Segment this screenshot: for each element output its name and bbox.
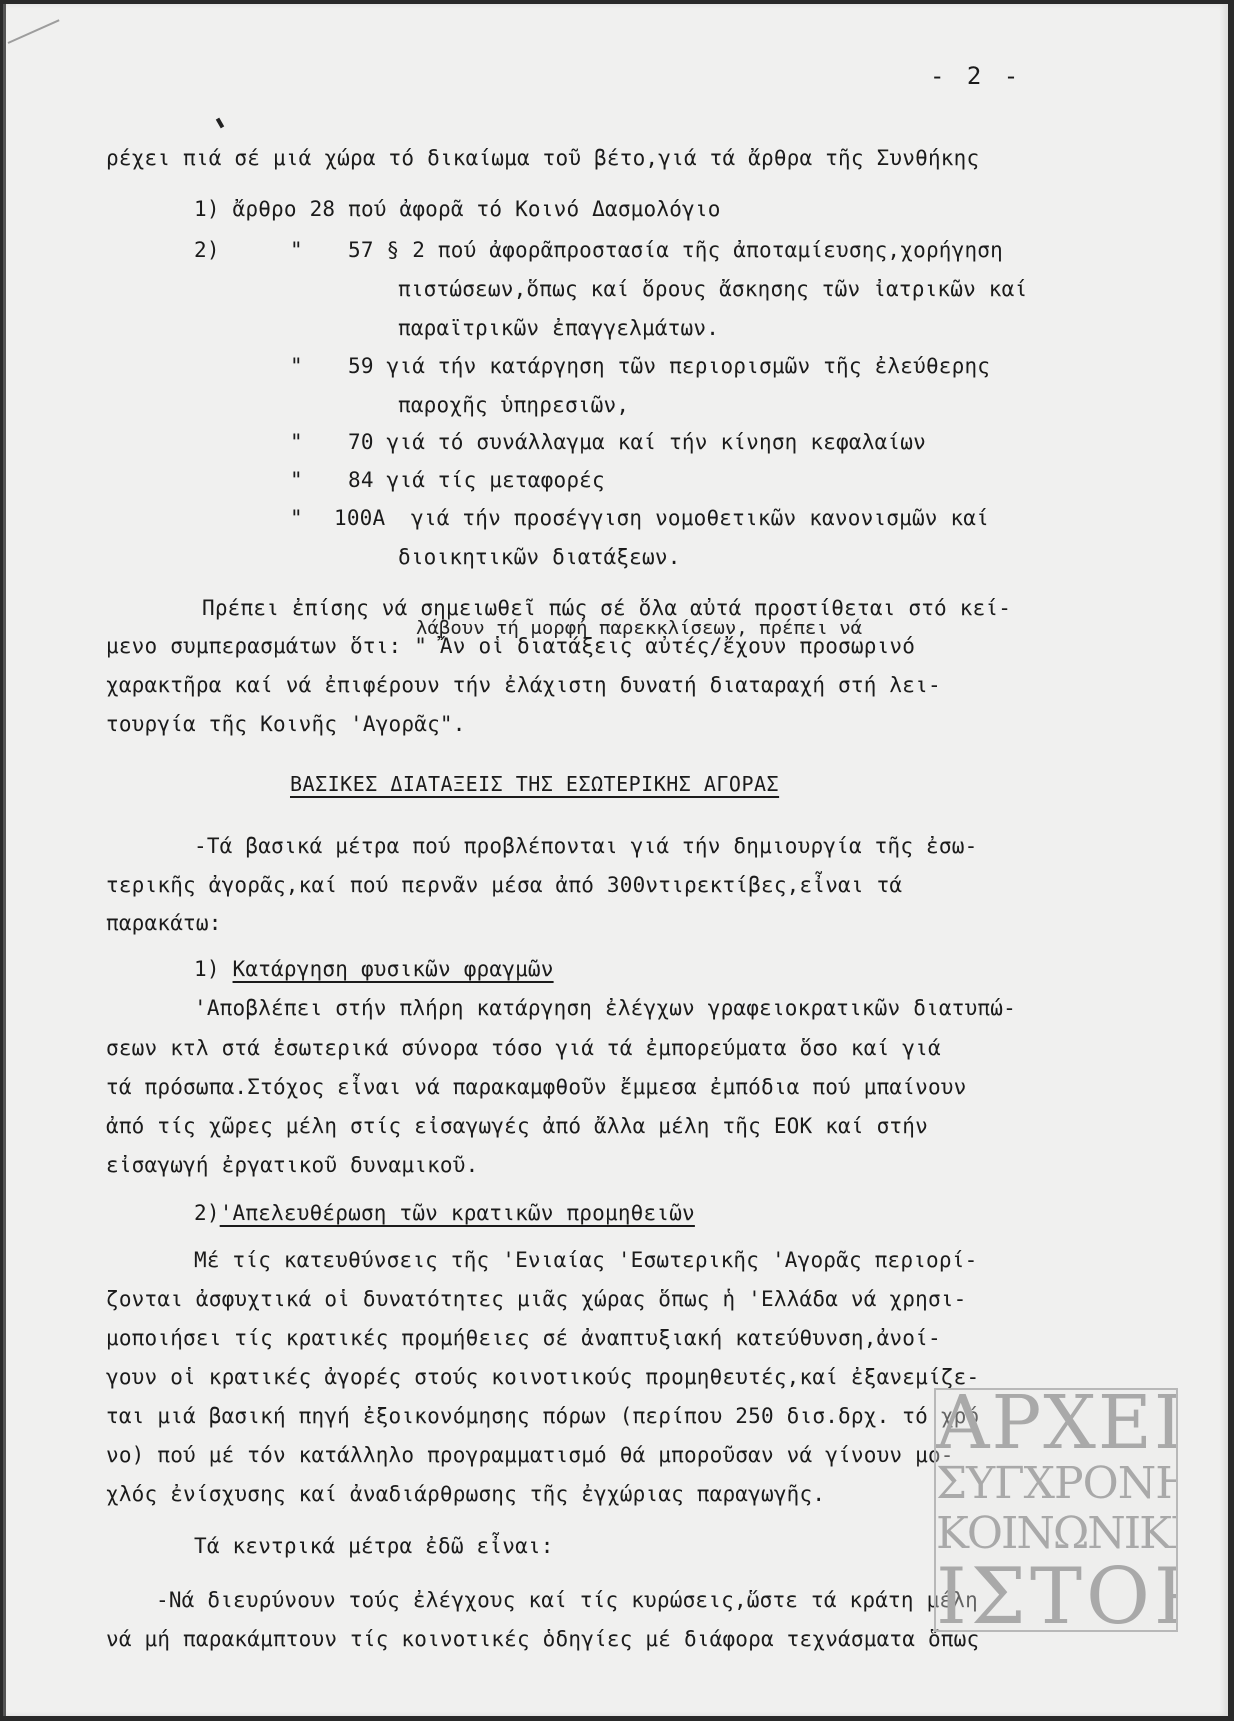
scan-scratch-mark [8,19,60,44]
document-page: - 2 - ρέχει πιά σέ μιά χώρα τό δικαίωμα … [3,4,1228,1716]
list-item-2: 57 § 2 πού ἀφορᾶπροστασία τῆς ἀποταμίευσ… [348,238,1003,262]
text-line: παροχῆς ὑπηρεσιῶν, [398,393,629,417]
ditto-mark: " [290,354,303,378]
paragraph-line: τουργία τῆς Κοινῆς 'Αγορᾶς". [106,712,466,736]
list-item-59: 59 γιά τήν κατάργηση τῶν περιορισμῶν τῆς… [348,354,990,378]
paragraph-line: -Νά διευρύνουν τούς ἐλέγχους καί τίς κυρ… [156,1588,978,1612]
list-item-84: 84 γιά τίς μεταφορές [348,468,605,492]
paragraph-line: ζονται ἀσφυχτικά οἱ δυνατότητες μιᾶς χώρ… [106,1287,967,1311]
stamp-line: ΚΟΙΝΩΝΙΚΗΣ [936,1512,1176,1556]
paragraph-line: τά πρόσωπα.Στόχος εἶναι νά παρακαμφθοῦν … [106,1075,967,1099]
paragraph-line: ἀπό τίς χῶρες μέλη στίς εἰσαγωγές ἀπό ἄλ… [106,1114,928,1138]
paragraph-line: παρακάτω: [106,911,222,935]
ditto-mark: " [290,506,303,530]
section-heading: ΒΑΣΙΚΕΣ ΔΙΑΤΑΞΕΙΣ ΤΗΣ ΕΣΩΤΕΡΙΚΗΣ ΑΓΟΡΑΣ [290,772,779,796]
list-item-70: 70 γιά τό συνάλλαγμα καί τήν κίνηση κεφα… [348,430,926,454]
paragraph-line: γουν οἱ κρατικές ἀγορές στούς κοινοτικού… [106,1365,979,1389]
list-item-100a: 100Α γιά τήν προσέγγιση νομοθετικῶν κανο… [334,506,989,530]
text-line: πιστώσεων,ὅπως καί ὅρους ἄσκησης τῶν ἰατ… [398,277,1027,301]
paragraph-line: νο) πού μέ τόν κατάλληλο προγραμματισμό … [106,1443,954,1467]
paragraph-line: μενο συμπερασμάτων ὅτι: " Ἄν οἱ διατάξει… [106,634,915,658]
list-item-2-number: 2) [194,238,220,262]
paragraph-line: τερικῆς ἀγορᾶς,καί πού περνᾶν μέσα ἀπό 3… [106,873,902,897]
page-number: - 2 - [930,64,1022,88]
paragraph-line: χλός ἐνίσχυσης καί ἀναδιάρθρωσης τῆς ἐγχ… [106,1482,825,1506]
subsection-number: 2) [194,1201,220,1225]
stamp-line: ΣΥΓΧΡΟΝΗΣ [936,1462,1176,1506]
stamp-line: ΙΣΤΟΡΙΑΣ [936,1558,1176,1632]
subsection-number: 1) [194,957,233,981]
paragraph-line: σεων κτλ στά ἐσωτερικά σύνορα τόσο γιά τ… [106,1036,941,1060]
paragraph-line: χαρακτῆρα καί νά ἐπιφέρουν τήν ἐλάχιστη … [106,673,941,697]
text-line: ρέχει πιά σέ μιά χώρα τό δικαίωμα τοῦ βέ… [106,146,979,170]
paragraph-line: ται μιά βασική πηγή ἐξοικονόμησης πόρων … [106,1404,979,1428]
paragraph-line: Μέ τίς κατευθύνσεις τῆς 'Ενιαίας 'Εσωτερ… [194,1248,977,1272]
paragraph-line: 'Αποβλέπει στήν πλήρη κατάργηση ἐλέγχων … [194,996,1016,1020]
text-line: παραϊτρικῶν ἐπαγγελμάτων. [398,316,719,340]
ditto-mark: " [290,468,303,492]
subsection-title-text: 'Απελευθέρωση τῶν κρατικῶν προμηθειῶν [220,1201,695,1225]
list-item-1: 1) ἄρθρο 28 πού ἀφορᾶ τό Κοινό Δασμολόγι… [194,197,721,221]
subsection-title-text: Κατάργηση φυσικῶν φραγμῶν [233,957,554,981]
archive-watermark-stamp: ΑΡΧΕΙΑ ΣΥΓΧΡΟΝΗΣ ΚΟΙΝΩΝΙΚΗΣ ΙΣΤΟΡΙΑΣ [934,1388,1178,1632]
stamp-line: ΑΡΧΕΙΑ [936,1388,1176,1460]
ink-mark [216,118,224,129]
ditto-mark: " [290,238,303,262]
paragraph-line: εἰσαγωγή ἐργατικοῦ δυναμικοῦ. [106,1153,478,1177]
paragraph-line: Τά κεντρικά μέτρα ἐδῶ εἶναι: [194,1534,554,1558]
paragraph-line: νά μή παρακάμπτουν τίς κοινοτικές ὁδηγίε… [106,1627,979,1651]
paragraph-line: -Τά βασικά μέτρα πού προβλέπονται γιά τή… [194,834,977,858]
paragraph-line: μοποιήσει τίς κρατικές προμήθειες σέ ἀνα… [106,1326,941,1350]
subsection-2-title: 2)'Απελευθέρωση τῶν κρατικῶν προμηθειῶν [194,1201,695,1225]
ditto-mark: " [290,430,303,454]
text-line: διοικητικῶν διατάξεων. [398,545,681,569]
subsection-1-title: 1) Κατάργηση φυσικῶν φραγμῶν [194,957,554,981]
